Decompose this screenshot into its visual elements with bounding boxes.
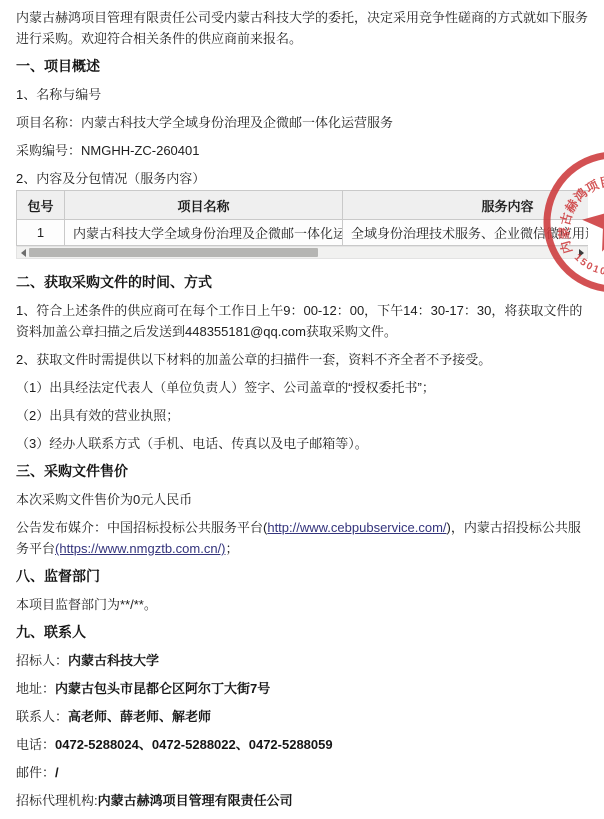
scroll-right-arrow-icon[interactable] — [575, 246, 587, 259]
col-header-service-content: 服务内容 — [343, 191, 589, 220]
procurement-notice-page: 内蒙古赫鸿项目管理有限责任公司受内蒙古科技大学的委托，决定采用竞争性磋商的方式就… — [0, 0, 604, 811]
col-header-project-name: 项目名称 — [65, 191, 343, 220]
section2-sub3: （3）经办人联系方式（手机、电话、传真以及电子邮箱等）。 — [16, 433, 588, 454]
field-label: 招标代理机构: — [16, 793, 98, 808]
field-value: 内蒙古包头市昆都仑区阿尔丁大街7号 — [55, 681, 270, 696]
field-value: / — [55, 765, 59, 780]
link-cebpubservice[interactable]: http://www.cebpubservice.com/ — [267, 520, 446, 535]
field-value: 内蒙古赫鸿项目管理有限责任公司 — [98, 793, 293, 808]
section3-heading: 三、采购文件售价 — [16, 461, 588, 482]
intro-paragraph: 内蒙古赫鸿项目管理有限责任公司受内蒙古科技大学的委托，决定采用竞争性磋商的方式就… — [16, 7, 588, 49]
scrollbar-thumb[interactable] — [29, 248, 318, 257]
section2-item2: 2、获取文件时需提供以下材料的加盖公章的扫描件一套，资料不齐全者不予接受。 — [16, 349, 588, 370]
section8-body: 本项目监督部门为**/**。 — [16, 594, 588, 615]
field-label: 招标人： — [16, 653, 68, 668]
table-row: 1 内蒙古科技大学全域身份治理及企微邮一体化运营服务 全域身份治理技术服务、企业… — [17, 220, 589, 246]
cell-project-name: 内蒙古科技大学全域身份治理及企微邮一体化运营服务 — [65, 220, 343, 246]
procurement-number-line: 采购编号：NMGHH-ZC-260401 — [16, 140, 588, 161]
section1-heading: 一、项目概述 — [16, 56, 588, 77]
media-prefix: 公告发布媒介：中国招标投标公共服务平台( — [16, 520, 267, 535]
field-value: 0472-5288024、0472-5288022、0472-5288059 — [55, 737, 333, 752]
field-value: 内蒙古科技大学 — [68, 653, 159, 668]
col-header-package-no: 包号 — [17, 191, 65, 220]
cell-package-no: 1 — [17, 220, 65, 246]
section8-heading: 八、监督部门 — [16, 566, 588, 587]
scrollbar-track[interactable] — [29, 247, 575, 258]
package-table: 包号 项目名称 服务内容 1 内蒙古科技大学全域身份治理及企微邮一体化运营服务 … — [16, 190, 588, 246]
section2-item1: 1、符合上述条件的供应商可在每个工作日上午9：00-12：00，下午14：30-… — [16, 300, 588, 342]
package-table-viewport: 包号 项目名称 服务内容 1 内蒙古科技大学全域身份治理及企微邮一体化运营服务 … — [16, 190, 588, 246]
field-label: 地址： — [16, 681, 55, 696]
field-value: 高老师、薛老师、解老师 — [68, 709, 211, 724]
section2-sub1: （1）出具经法定代表人（单位负责人）签字、公司盖章的“授权委托书”； — [16, 377, 588, 398]
right-triangle-icon — [579, 249, 584, 257]
cell-service-content: 全域身份治理技术服务、企业微信微应用运营 — [343, 220, 589, 246]
field-label: 联系人： — [16, 709, 68, 724]
section1-item2-title: 2、内容及分包情况（服务内容） — [16, 168, 588, 189]
contact-line-contacts: 联系人：高老师、薛老师、解老师 — [16, 706, 588, 727]
scroll-left-arrow-icon[interactable] — [17, 246, 29, 259]
contact-line-bidder: 招标人：内蒙古科技大学 — [16, 650, 588, 671]
left-triangle-icon — [21, 249, 26, 257]
section1-item1-title: 1、名称与编号 — [16, 84, 588, 105]
contact-line-address: 地址：内蒙古包头市昆都仑区阿尔丁大街7号 — [16, 678, 588, 699]
table-header-row: 包号 项目名称 服务内容 — [17, 191, 589, 220]
field-label: 电话： — [16, 737, 55, 752]
section2-sub2: （2）出具有效的营业执照； — [16, 405, 588, 426]
link-nmgztb[interactable]: (https://www.nmgztb.com.cn/) — [55, 541, 226, 556]
section2-heading: 二、获取采购文件的时间、方式 — [16, 272, 588, 293]
price-line: 本次采购文件售价为0元人民币 — [16, 489, 588, 510]
media-paragraph: 公告发布媒介：中国招标投标公共服务平台(http://www.cebpubser… — [16, 517, 588, 559]
project-name-line: 项目名称：内蒙古科技大学全域身份治理及企微邮一体化运营服务 — [16, 112, 588, 133]
contact-line-phone: 电话：0472-5288024、0472-5288022、0472-528805… — [16, 734, 588, 755]
table-horizontal-scrollbar[interactable] — [16, 246, 588, 259]
contact-line-email: 邮件：/ — [16, 762, 588, 783]
field-label: 邮件： — [16, 765, 55, 780]
contact-line-agency: 招标代理机构:内蒙古赫鸿项目管理有限责任公司 — [16, 790, 588, 811]
section9-heading: 九、联系人 — [16, 622, 588, 643]
media-suffix: ； — [226, 541, 239, 556]
